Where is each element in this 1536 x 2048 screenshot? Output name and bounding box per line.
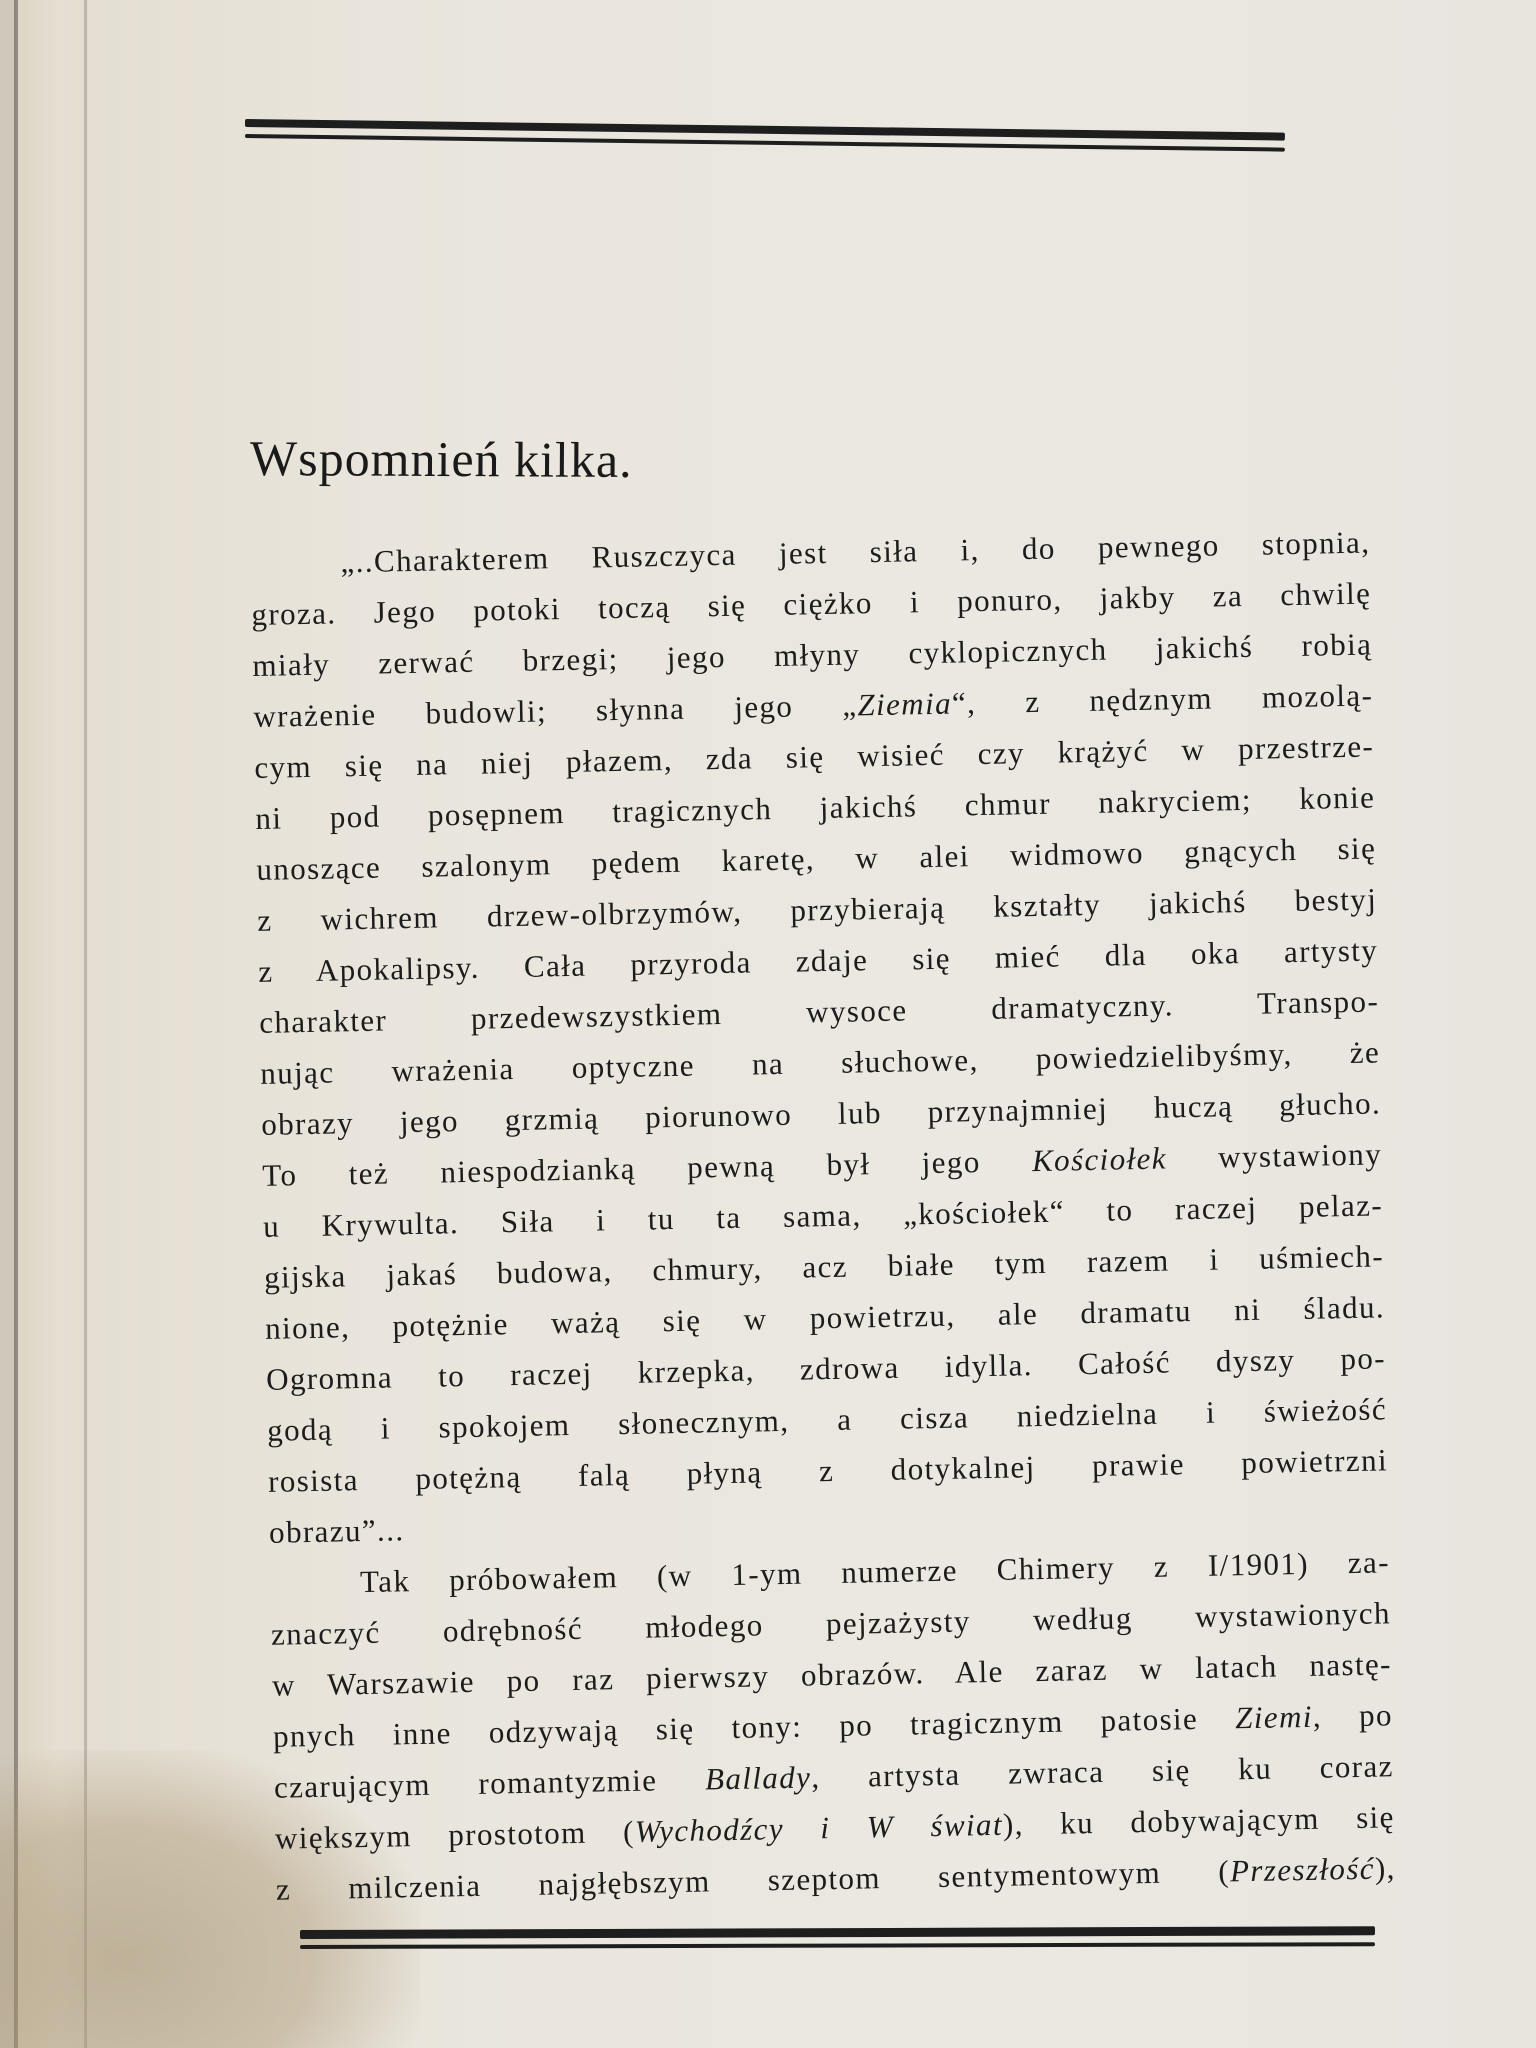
italic-title: Wychodźcy i W świat (634, 1807, 1003, 1849)
text-segment: ), ku dobywającym się (1003, 1799, 1396, 1842)
paragraph: Tak próbowałem (w 1-ym numerze Chimery z… (270, 1536, 1397, 1914)
text-segment: , artysta zwraca się ku coraz (811, 1748, 1394, 1794)
text-segment: “, z nędznym mozolą- (952, 677, 1374, 720)
text-segment: obrazu”... (269, 1512, 405, 1550)
italic-title: Ziemi (1235, 1699, 1313, 1735)
chapter-title: Wspomnień kilka. (250, 429, 633, 489)
body-text: „..Charakterem Ruszczyca jest siła i, do… (250, 516, 1396, 1914)
text-segment: większym prostotom ( (275, 1814, 635, 1856)
italic-title: Ziemia (857, 686, 952, 723)
text-segment: To też niespodzianką pewną był jego (262, 1143, 1032, 1193)
italic-title: Przeszłość (1230, 1851, 1376, 1889)
text-segment: wystawiony (1167, 1136, 1383, 1175)
underlying-page (18, 0, 86, 2048)
italic-title: Kościołek (1032, 1141, 1168, 1179)
text-segment: , po (1312, 1697, 1393, 1734)
text-segment: z milczenia najgłębszym szeptom sentymen… (276, 1853, 1231, 1906)
text-segment: ), (1375, 1850, 1397, 1885)
paragraph: „..Charakterem Ruszczyca jest siła i, do… (250, 516, 1389, 1557)
italic-title: Ballady (705, 1759, 812, 1796)
text-segment: wrażenie budowli; słynna jego „ (253, 687, 858, 734)
text-segment: czarującym romantyzmie (274, 1761, 706, 1804)
